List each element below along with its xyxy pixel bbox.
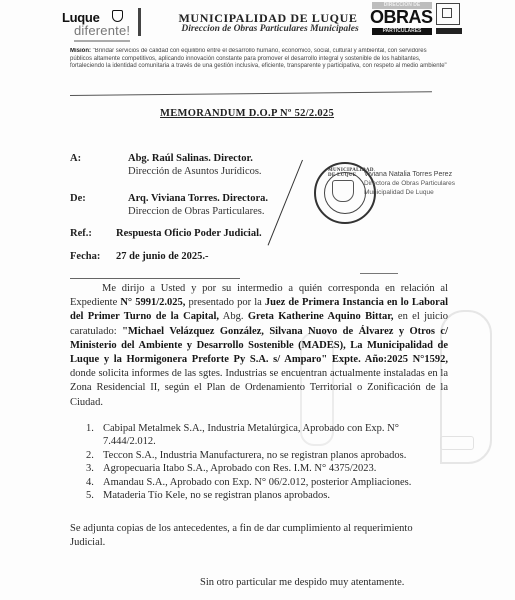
body-text: donde solicita informes de las sgtes. In… [70, 368, 448, 407]
list-number: 3. [86, 462, 94, 475]
shield-icon [112, 10, 123, 22]
to-department: Dirección de Asuntos Jurídicos. [128, 166, 262, 177]
ref-text: Respuesta Oficio Poder Judicial. [116, 228, 262, 239]
signature-block: Viviana Natalia Torres Perez Directora d… [364, 170, 455, 197]
list-text: Mataderia Tío Kele, no se registran plan… [103, 490, 330, 501]
attachment-note: Se adjunta copias de los antecedentes, a… [70, 522, 448, 550]
from-department: Direccion de Obras Particulares. [128, 206, 264, 217]
logo-bar [436, 28, 462, 34]
mission-text: "Brindar servicios de calidad con equili… [70, 48, 447, 69]
body-text: Abg. [219, 311, 248, 322]
ref-label: Ref.: [70, 228, 92, 239]
mission-label: Misión: [70, 48, 91, 54]
closing-regards: Sin otro particular me despido muy atent… [200, 577, 404, 588]
luque-diferente-logo: Luque diferente! [62, 10, 142, 44]
body-text: presentado por la [185, 297, 264, 308]
list-item: 4.Amandau S.A., Aprobado con Exp. N° 06/… [86, 476, 446, 489]
list-text: Teccon S.A., Industria Manufacturera, no… [103, 450, 406, 461]
list-number: 1. [86, 422, 94, 435]
judge-name: Greta Katherine Aquino Bittar, [248, 311, 394, 322]
list-item: 2.Teccon S.A., Industria Manufacturera, … [86, 449, 446, 462]
from-sender: Arq. Viviana Torres. Directora. Direccio… [128, 193, 268, 218]
memorandum-page: Luque diferente! MUNICIPALIDAD DE LUQUE … [0, 0, 515, 600]
department-subtitle: Direccion de Obras Particulares Municipa… [165, 24, 375, 34]
memo-body: Me dirijo a Usted y por su intermedio a … [70, 282, 448, 410]
signer-name: Viviana Natalia Torres Perez [364, 171, 452, 178]
date-text: 27 de junio de 2025.- [116, 251, 208, 262]
coat-of-arms-icon [332, 180, 354, 202]
to-name: Abg. Raúl Salinas. Director. [128, 153, 253, 164]
logo-text: PARTICULARES [372, 28, 432, 35]
list-number: 2. [86, 449, 94, 462]
list-text: Agropecuaria Itabo S.A., Aprobado con Re… [103, 463, 376, 474]
date-label: Fecha: [70, 251, 100, 262]
obras-particulares-logo: DIRECCIÓN DE OBRAS PARTICULARES [370, 2, 465, 36]
list-item: 5.Mataderia Tío Kele, no se registran pl… [86, 489, 446, 502]
list-item: 1.Cabipal Metalmek S.A., Industria Metal… [86, 422, 446, 449]
list-number: 4. [86, 476, 94, 489]
list-item: 3.Agropecuaria Itabo S.A., Aprobado con … [86, 462, 446, 475]
signer-org: Municipalidad De Luque [364, 189, 434, 196]
list-text: Cabipal Metalmek S.A., Industria Metalúr… [103, 423, 399, 447]
to-label: A: [70, 153, 81, 164]
logo-tagline [74, 40, 130, 42]
date-value: 27 de junio de 2025.- [116, 251, 208, 264]
floor-plan-icon [436, 3, 460, 25]
to-recipient: Abg. Raúl Salinas. Director. Dirección d… [128, 153, 262, 178]
divider [70, 91, 432, 96]
divider [70, 278, 240, 279]
memo-title: MEMORANDUM D.O.P Nº 52/2.025 [160, 108, 334, 119]
list-text: Amandau S.A., Aprobado con Exp. N° 06/2.… [103, 477, 411, 488]
logo-divider [138, 8, 141, 36]
body-paragraph: Me dirijo a Usted y por su intermedio a … [70, 282, 448, 410]
industries-list: 1.Cabipal Metalmek S.A., Industria Metal… [86, 422, 446, 502]
signer-role: Directora de Obras Particulares [364, 180, 455, 187]
logo-text: diferente! [74, 23, 130, 38]
mission-statement: Misión: "Brindar servicios de calidad co… [70, 48, 450, 71]
from-label: De: [70, 193, 86, 204]
signature-stroke [268, 160, 303, 246]
divider [360, 273, 398, 274]
expediente-number: N° 5991/2.025, [120, 297, 185, 308]
from-name: Arq. Viviana Torres. Directora. [128, 193, 268, 204]
ref-value: Respuesta Oficio Poder Judicial. [116, 228, 262, 241]
list-number: 5. [86, 489, 94, 502]
case-title: "Michael Velázquez González, Silvana Nuo… [70, 326, 448, 365]
logo-text: OBRAS [370, 8, 433, 26]
